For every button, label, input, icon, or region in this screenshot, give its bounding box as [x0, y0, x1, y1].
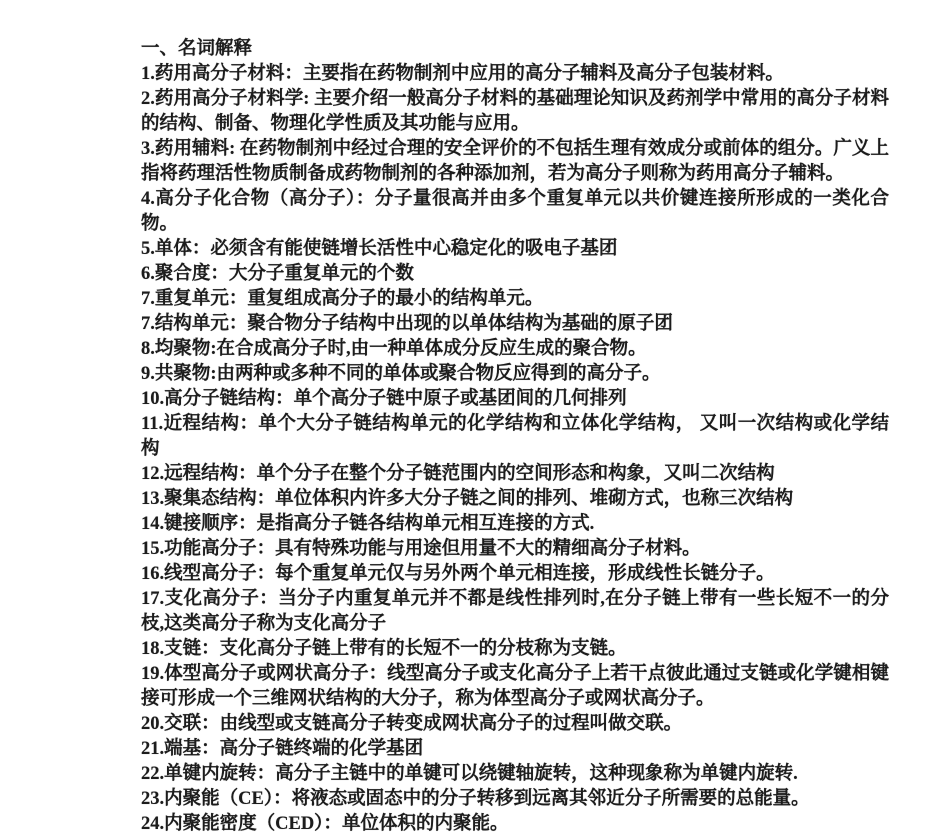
definition-text: 高分子链终端的化学基团 — [220, 739, 424, 759]
term-text: 24.内聚能密度（CED）： — [141, 814, 342, 834]
term-text: 12.远程结构： — [141, 464, 257, 484]
term-text: 1.药用高分子材料： — [141, 64, 303, 84]
definition-item-12: 12.远程结构：单个分子在整个分子链范围内的空间形态和构象，又叫二次结构 — [141, 462, 889, 487]
term-text: 23.内聚能（CE）： — [141, 789, 292, 809]
term-text: 16.线型高分子： — [141, 564, 275, 584]
definition-item-17: 17.支化高分子：当分子内重复单元并不都是线性排列时,在分子链上带有一些长短不一… — [141, 587, 889, 637]
definition-item-9: 9.共聚物:由两种或多种不同的单体或聚合物反应得到的高分子。 — [141, 362, 889, 387]
definition-text: 聚合物分子结构中出现的以单体结构为基础的原子团 — [247, 314, 673, 334]
definition-text: 单个高分子链中原子或基团间的几何排列 — [294, 389, 627, 409]
definition-item-22: 22.单键内旋转：高分子主链中的单键可以绕键轴旋转，这种现象称为单键内旋转. — [141, 762, 889, 787]
term-text: 17.支化高分子： — [141, 589, 278, 609]
definition-item-11: 11.近程结构：单个大分子链结构单元的化学结构和立体化学结构， 又叫一次结构或化… — [141, 412, 889, 462]
definition-item-7: 7.重复单元：重复组成高分子的最小的结构单元。 — [141, 287, 889, 312]
term-text: 2.药用高分子材料学: — [141, 89, 309, 109]
definition-item-4: 4.高分子化合物（高分子）：分子量很高并由多个重复单元以共价键连接所形成的一类化… — [141, 187, 889, 237]
term-text: 15.功能高分子： — [141, 539, 275, 559]
definition-text: 每个重复单元仅与另外两个单元相连接，形成线性长链分子。 — [275, 564, 775, 584]
definition-text: 在药物制剂中经过合理的安全评价的不包括生理有效成分或前体的组分。广义上指将药理活… — [141, 139, 889, 184]
term-text: 5.单体： — [141, 239, 210, 259]
definition-item-14: 14.键接顺序：是指高分子链各结构单元相互连接的方式. — [141, 512, 889, 537]
definition-text: 单位体积内许多大分子链之间的排列、堆砌方式，也称三次结构 — [275, 489, 793, 509]
definition-text: 单个分子在整个分子链范围内的空间形态和构象，又叫二次结构 — [257, 464, 775, 484]
term-text: 7.结构单元： — [141, 314, 247, 334]
definition-text: 将液态或固态中的分子转移到远离其邻近分子所需要的总能量。 — [292, 789, 810, 809]
definition-item-10: 10.高分子链结构：单个高分子链中原子或基团间的几何排列 — [141, 387, 889, 412]
definition-item-6: 6.聚合度：大分子重复单元的个数 — [141, 262, 889, 287]
definition-item-7b: 7.结构单元：聚合物分子结构中出现的以单体结构为基础的原子团 — [141, 312, 889, 337]
definition-text: 在合成高分子时,由一种单体成分反应生成的聚合物。 — [217, 339, 647, 359]
term-text: 22.单键内旋转： — [141, 764, 275, 784]
term-text: 20.交联： — [141, 714, 220, 734]
section-heading: 一、名词解释 — [141, 37, 889, 62]
definition-item-5: 5.单体：必须含有能使链增长活性中心稳定化的吸电子基团 — [141, 237, 889, 262]
definition-item-8: 8.均聚物:在合成高分子时,由一种单体成分反应生成的聚合物。 — [141, 337, 889, 362]
definition-text: 重复组成高分子的最小的结构单元。 — [247, 289, 543, 309]
definition-text: 由两种或多种不同的单体或聚合物反应得到的高分子。 — [217, 364, 661, 384]
term-text: 21.端基： — [141, 739, 220, 759]
definition-text: 具有特殊功能与用途但用量不大的精细高分子材料。 — [275, 539, 701, 559]
definition-item-2: 2.药用高分子材料学: 主要介绍一般高分子材料的基础理论知识及药剂学中常用的高分… — [141, 87, 889, 137]
definition-text: 支化高分子链上带有的长短不一的分枝称为支链。 — [220, 639, 627, 659]
definition-item-19: 19.体型高分子或网状高分子：线型高分子或支化高分子上若干点彼此通过支链或化学键… — [141, 662, 889, 712]
term-text: 7.重复单元： — [141, 289, 247, 309]
definition-item-20: 20.交联：由线型或支链高分子转变成网状高分子的过程叫做交联。 — [141, 712, 889, 737]
definition-text: 是指高分子链各结构单元相互连接的方式. — [257, 514, 595, 534]
definition-item-24: 24.内聚能密度（CED）：单位体积的内聚能。 — [141, 812, 889, 837]
definition-item-23: 23.内聚能（CE）：将液态或固态中的分子转移到远离其邻近分子所需要的总能量。 — [141, 787, 889, 812]
term-text: 13.聚集态结构： — [141, 489, 275, 509]
definition-item-21: 21.端基：高分子链终端的化学基团 — [141, 737, 889, 762]
definition-item-3: 3.药用辅料: 在药物制剂中经过合理的安全评价的不包括生理有效成分或前体的组分。… — [141, 137, 889, 187]
definition-text: 大分子重复单元的个数 — [229, 264, 414, 284]
term-text: 11.近程结构： — [141, 414, 258, 434]
definition-item-1: 1.药用高分子材料：主要指在药物制剂中应用的高分子辅料及高分子包装材料。 — [141, 62, 889, 87]
term-text: 9.共聚物: — [141, 364, 217, 384]
term-text: 10.高分子链结构： — [141, 389, 294, 409]
definition-text: 由线型或支链高分子转变成网状高分子的过程叫做交联。 — [220, 714, 683, 734]
definition-item-13: 13.聚集态结构：单位体积内许多大分子链之间的排列、堆砌方式，也称三次结构 — [141, 487, 889, 512]
definition-item-18: 18.支链：支化高分子链上带有的长短不一的分枝称为支链。 — [141, 637, 889, 662]
term-text: 4.高分子化合物（高分子）： — [141, 189, 375, 209]
term-text: 6.聚合度： — [141, 264, 229, 284]
definition-text: 高分子主链中的单键可以绕键轴旋转，这种现象称为单键内旋转. — [275, 764, 798, 784]
term-text: 18.支链： — [141, 639, 220, 659]
document-content: 一、名词解释 1.药用高分子材料：主要指在药物制剂中应用的高分子辅料及高分子包装… — [141, 37, 889, 837]
definition-text: 必须含有能使链增长活性中心稳定化的吸电子基团 — [210, 239, 617, 259]
term-text: 19.体型高分子或网状高分子： — [141, 664, 387, 684]
definition-text: 单位体积的内聚能。 — [342, 814, 509, 834]
definition-text: 主要指在药物制剂中应用的高分子辅料及高分子包装材料。 — [303, 64, 784, 84]
definition-item-16: 16.线型高分子：每个重复单元仅与另外两个单元相连接，形成线性长链分子。 — [141, 562, 889, 587]
term-text: 3.药用辅料: — [141, 139, 235, 159]
definition-item-15: 15.功能高分子：具有特殊功能与用途但用量不大的精细高分子材料。 — [141, 537, 889, 562]
term-text: 8.均聚物: — [141, 339, 217, 359]
term-text: 14.键接顺序： — [141, 514, 257, 534]
